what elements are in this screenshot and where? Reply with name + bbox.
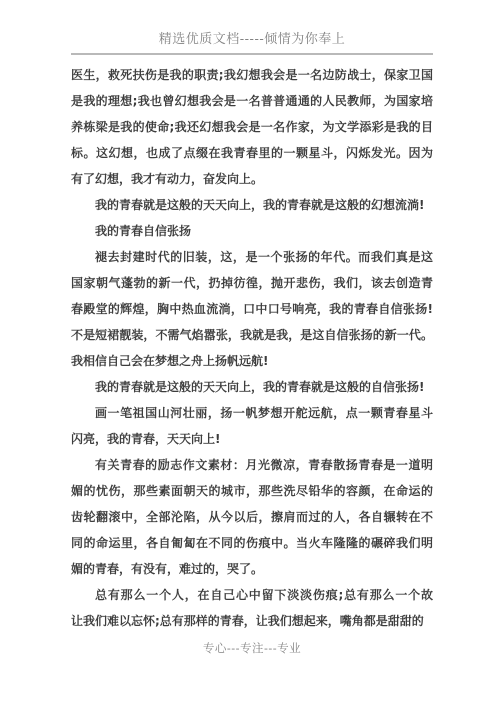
paragraph: 我的青春自信张扬 <box>71 218 433 244</box>
header-rule: 精选优质文档-----倾情为你奉上 <box>71 31 433 55</box>
text-line: 媚的青春，有没有，难过的，哭了。 <box>71 556 433 582</box>
paragraph: 我的青春就是这般的天天向上，我的青春就是这般的幻想流淌! <box>71 192 433 218</box>
text-line: 我相信自己会在梦想之舟上扬帆远航! <box>71 348 433 374</box>
text-line: 有了幻想，我才有动力，奋发向上。 <box>71 166 433 192</box>
page-header: 精选优质文档-----倾情为你奉上 <box>71 0 433 55</box>
document-body: 医生，救死扶伤是我的职责;我幻想我会是一名边防战士，保家卫国是我的理想;我也曾幻… <box>71 62 433 634</box>
page-footer: 专心---专注---专业 <box>71 640 433 657</box>
text-line: 齿轮翻滚中，全部沦陷，从今以后，擦肩而过的人，各自辗转在不 <box>71 504 433 530</box>
paragraph: 有关青春的励志作文素材：月光微凉，青春散扬青春是一道明媚的忧伤，那些素面朝天的城… <box>71 452 433 582</box>
header-slogan: 精选优质文档-----倾情为你奉上 <box>71 31 433 48</box>
text-line: 我的青春自信张扬 <box>71 218 433 244</box>
text-line: 让我们难以忘怀;总有那样的青春，让我们想起来，嘴角都是甜甜的 <box>71 608 433 634</box>
paragraph: 画一笔祖国山河壮丽，扬一帆梦想开舵远航，点一颗青春星斗闪亮，我的青春，天天向上! <box>71 400 433 452</box>
text-line: 我的青春就是这般的天天向上，我的青春就是这般的自信张扬! <box>71 374 433 400</box>
text-line: 有关青春的励志作文素材：月光微凉，青春散扬青春是一道明 <box>71 452 433 478</box>
text-line: 养栋梁是我的使命;我还幻想我会是一名作家，为文学添彩是我的目 <box>71 114 433 140</box>
text-line: 总有那么一个人，在自己心中留下淡淡伤痕;总有那么一个故事， <box>71 582 433 608</box>
paragraph: 医生，救死扶伤是我的职责;我幻想我会是一名边防战士，保家卫国是我的理想;我也曾幻… <box>71 62 433 192</box>
text-line: 褪去封建时代的旧装，这，是一个张扬的年代。而我们真是这 <box>71 244 433 270</box>
text-line: 春殿堂的辉煌，胸中热血流淌，口中口号响亮，我的青春自信张扬! <box>71 296 433 322</box>
text-line: 画一笔祖国山河壮丽，扬一帆梦想开舵远航，点一颗青春星斗 <box>71 400 433 426</box>
text-line: 医生，救死扶伤是我的职责;我幻想我会是一名边防战士，保家卫国 <box>71 62 433 88</box>
paragraph: 总有那么一个人，在自己心中留下淡淡伤痕;总有那么一个故事，让我们难以忘怀;总有那… <box>71 582 433 634</box>
text-line: 标。这幻想，也成了点缀在我青春里的一颗星斗，闪烁发光。因为 <box>71 140 433 166</box>
text-line: 我的青春就是这般的天天向上，我的青春就是这般的幻想流淌! <box>71 192 433 218</box>
footer-slogan: 专心---专注---专业 <box>203 641 301 655</box>
paragraph: 我的青春就是这般的天天向上，我的青春就是这般的自信张扬! <box>71 374 433 400</box>
text-line: 国家朝气蓬勃的新一代，扔掉彷徨，抛开悲伤，我们，该去创造青 <box>71 270 433 296</box>
text-line: 同的命运里，各自匍匐在不同的伤痕中。当火车隆隆的碾碎我们明 <box>71 530 433 556</box>
text-line: 闪亮，我的青春，天天向上! <box>71 426 433 452</box>
paragraph: 褪去封建时代的旧装，这，是一个张扬的年代。而我们真是这国家朝气蓬勃的新一代，扔掉… <box>71 244 433 374</box>
document-page: 精选优质文档-----倾情为你奉上 医生，救死扶伤是我的职责;我幻想我会是一名边… <box>0 0 500 708</box>
text-line: 媚的忧伤，那些素面朝天的城市，那些洗尽铅华的容颜，在命运的 <box>71 478 433 504</box>
content-column: 精选优质文档-----倾情为你奉上 医生，救死扶伤是我的职责;我幻想我会是一名边… <box>71 0 433 657</box>
text-line: 是我的理想;我也曾幻想我会是一名普普通通的人民教师，为国家培 <box>71 88 433 114</box>
text-line: 不是短裙靓装，不需气焰嚣张，我就是我，是这自信张扬的新一代。 <box>71 322 433 348</box>
